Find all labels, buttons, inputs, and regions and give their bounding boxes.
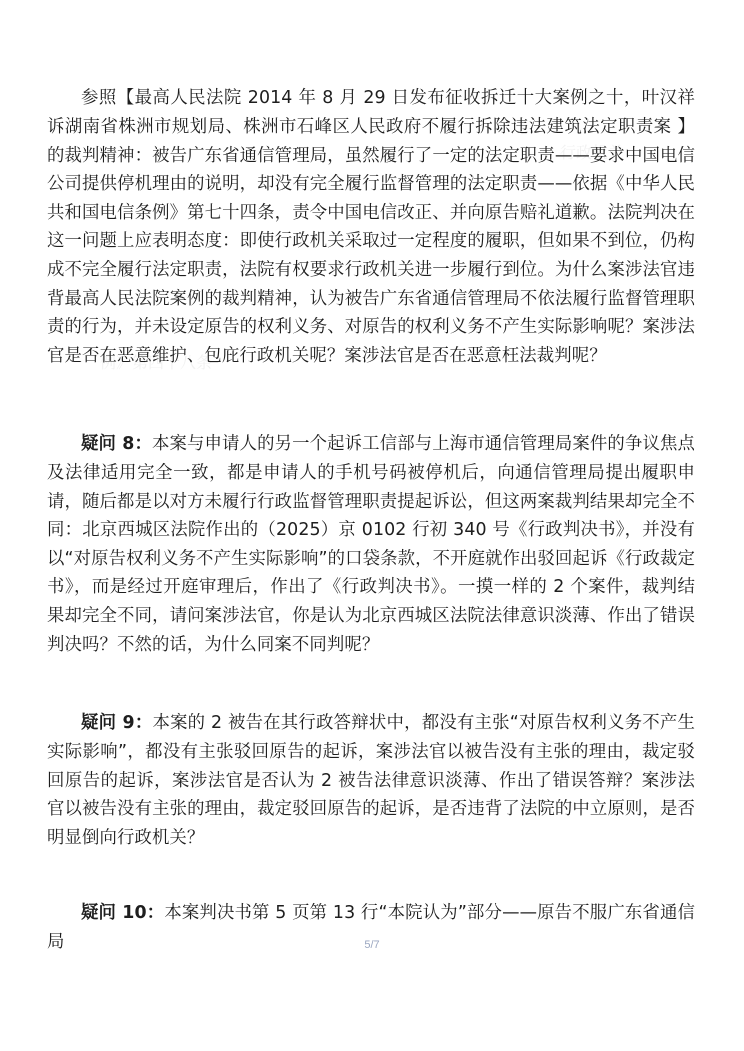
question-label: 疑问 9： bbox=[81, 713, 152, 733]
question-9-paragraph: 疑问 9：本案的 2 被告在其行政答辩状中，都没有主张“对原告权利义务不产生实际… bbox=[47, 709, 695, 852]
document-page: 行政机关 例》第四十八条 参照【最高人民法院 2014 年 8 月 29 日发布… bbox=[0, 0, 744, 1051]
paragraph-text: 本案的 2 被告在其行政答辩状中，都没有主张“对原告权利义务不产生实际影响”，都… bbox=[47, 713, 695, 847]
question-label: 疑问 8： bbox=[81, 434, 152, 454]
paragraph-text: 参照【最高人民法院 2014 年 8 月 29 日发布征收拆迁十大案例之十，叶汉… bbox=[47, 88, 695, 365]
reference-paragraph: 参照【最高人民法院 2014 年 8 月 29 日发布征收拆迁十大案例之十，叶汉… bbox=[47, 84, 695, 370]
page-number: 5/7 bbox=[0, 939, 744, 951]
question-8-paragraph: 疑问 8：本案与申请人的另一个起诉工信部与上海市通信管理局案件的争议焦点及法律适… bbox=[47, 430, 695, 659]
paragraph-text: 本案与申请人的另一个起诉工信部与上海市通信管理局案件的争议焦点及法律适用完全一致… bbox=[47, 434, 695, 654]
question-label: 疑问 10： bbox=[81, 903, 164, 923]
